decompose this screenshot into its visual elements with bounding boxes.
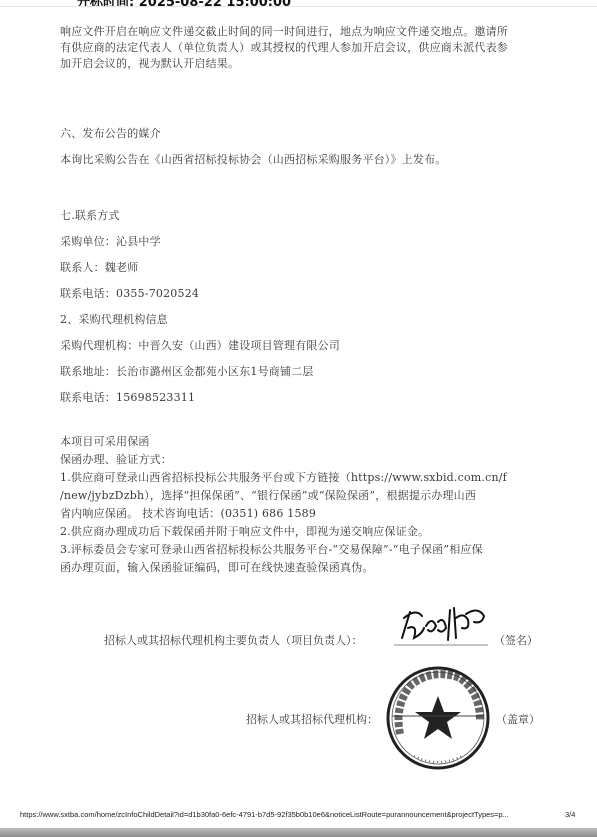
agency-heading: 2、采购代理机构信息: [60, 312, 168, 328]
signature-suffix: （签名）: [494, 632, 538, 648]
guarantee-line-5: 3.评标委员会专家可登录山西省招标投标公共服务平台-“交易保障”-“电子保函”相…: [60, 542, 483, 558]
page-separator-bar: [0, 828, 597, 837]
agency-address: 联系地址：长治市潞州区金都苑小区东1号商铺二层: [60, 364, 314, 380]
seal-suffix: （盖章）: [496, 711, 540, 727]
contact-person: 联系人：魏老师: [60, 260, 138, 276]
guarantee-line-2: /new/jybzDzbh），选择“担保保函”、“银行保函”或“保险保函”，根据…: [60, 488, 476, 504]
guarantee-line-6: 函办理页面，输入保函验证编码，即可在线快速查验保函真伪。: [60, 560, 374, 576]
section6-text: 本询比采购公告在《山西省招标投标协会（山西招标采购服务平台）》上发布。: [60, 152, 447, 168]
print-footer: https://www.sxtba.com/home/zcInfoChildDe…: [0, 800, 597, 828]
purchaser-unit: 采购单位：沁县中学: [60, 234, 161, 250]
purchaser-phone: 联系电话：0355-7020524: [60, 286, 199, 302]
page-number: 3/4: [565, 810, 575, 819]
guarantee-line-3: 省内响应保函。 技术咨询电话：(0351) 686 1589: [60, 506, 316, 522]
section7-heading: 七.联系方式: [60, 208, 120, 224]
guarantee-line-4: 2.供应商办理成功后下载保函并附于响应文件中，即视为递交响应保证金。: [60, 524, 429, 540]
handwritten-signature-icon: [392, 598, 492, 650]
guarantee-method-heading: 保函办理、验证方式：: [60, 452, 172, 468]
seal-label: 招标人或其招标代理机构：: [246, 711, 378, 727]
opening-paragraph-line-3: 加开启会议的，视为默认开启结果。: [60, 56, 239, 72]
agency-name: 采购代理机构：中晋久安（山西）建设项目管理有限公司: [60, 338, 340, 354]
agency-phone: 联系电话：15698523311: [60, 390, 195, 406]
signature-label: 招标人或其招标代理机构主要负责人（项目负责人）：: [104, 632, 363, 648]
section6-heading: 六、发布公告的媒介: [60, 126, 161, 142]
cut-off-header-line: 开标时间: 2025-08-22 15:00:00: [0, 0, 597, 7]
opening-paragraph-line-1: 响应文件开启在响应文件递交截止时间的同一时间进行，地点为响应文件递交地点。邀请所: [60, 24, 508, 40]
footer-url: https://www.sxtba.com/home/zcInfoChildDe…: [20, 810, 509, 819]
opening-paragraph-line-2: 有供应商的法定代表人（单位负责人）或其授权的代理人参加开启会议，供应商未派代表参: [60, 40, 508, 56]
guarantee-line-1: 1.供应商可登录山西省招标投标公共服务平台或下方链接（https://www.s…: [60, 470, 507, 486]
company-seal-icon: [384, 664, 492, 772]
opening-time-text: 开标时间: 2025-08-22 15:00:00: [77, 0, 291, 7]
guarantee-title: 本项目可采用保函: [60, 434, 150, 450]
